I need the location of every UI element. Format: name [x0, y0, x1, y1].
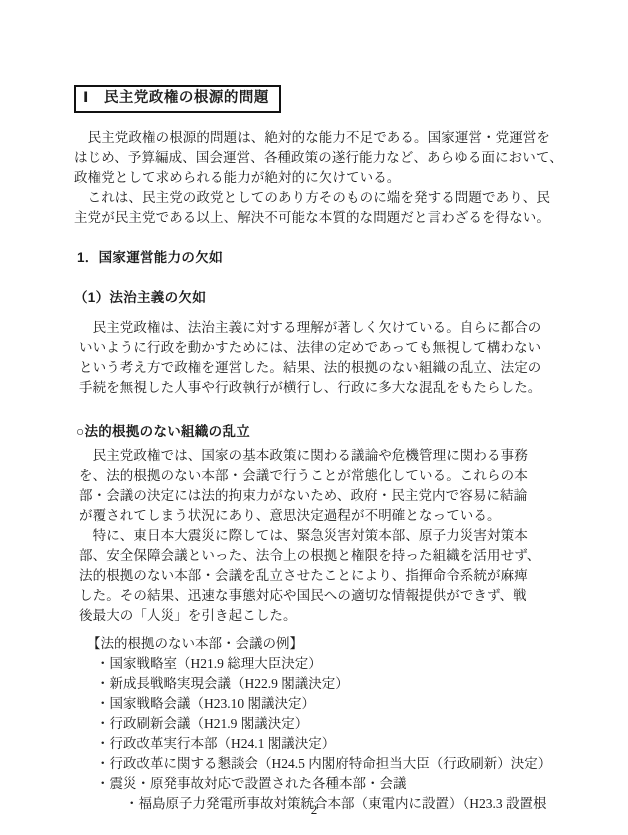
- subsection-1-1-paragraph: 民主党政権は、法治主義に対する理解が著しく欠けている。自らに都合の いいように行…: [79, 318, 560, 398]
- document-page: Ⅰ 民主党政権の根源的問題 民主党政権の根源的問題は、絶対的な能力不足である。国…: [0, 0, 628, 835]
- example-item: ・行政改革実行本部（H24.1 閣議決定）: [96, 734, 560, 754]
- intro-paragraph-2: これは、民主党の政党としてのあり方そのものに端を発する問題であり、民 主党が民主…: [74, 188, 560, 228]
- topic-paragraph-2: 特に、東日本大震災に際しては、緊急災害対策本部、原子力災害対策本 部、安全保障会…: [79, 526, 560, 626]
- document-content: Ⅰ 民主党政権の根源的問題 民主党政権の根源的問題は、絶対的な能力不足である。国…: [74, 85, 560, 814]
- intro-paragraph-1: 民主党政権の根源的問題は、絶対的な能力不足である。国家運営・党運営を はじめ、予…: [74, 128, 560, 188]
- chapter-title: Ⅰ 民主党政権の根源的問題: [83, 90, 269, 106]
- example-item: ・新成長戦略実現会議（H22.9 閣議決定）: [96, 674, 560, 694]
- example-item: ・国家戦略室（H21.9 総理大臣決定）: [96, 654, 560, 674]
- example-item: ・行政刷新会議（H21.9 閣議決定）: [96, 714, 560, 734]
- example-item: ・国家戦略会議（H23.10 閣議決定）: [96, 694, 560, 714]
- topic-heading-organizations: ○法的根拠のない組織の乱立: [76, 422, 560, 442]
- page-number: 2: [0, 801, 628, 819]
- section-1-heading: 1．国家運営能力の欠如: [77, 248, 560, 268]
- examples-list-header: 【法的根拠のない本部・会議の例】: [87, 634, 560, 654]
- example-item: ・行政改革に関する懇談会（H24.5 内閣府特命担当大臣（行政刷新）決定）: [96, 754, 560, 774]
- example-item: ・震災・原発事故対応で設置された各種本部・会議: [96, 774, 560, 794]
- subsection-1-1-heading: （1）法治主義の欠如: [74, 288, 560, 308]
- topic-paragraph-1: 民主党政権では、国家の基本政策に関わる議論や危機管理に関わる事務 を、法的根拠の…: [79, 446, 560, 526]
- chapter-title-box: Ⅰ 民主党政権の根源的問題: [74, 85, 281, 113]
